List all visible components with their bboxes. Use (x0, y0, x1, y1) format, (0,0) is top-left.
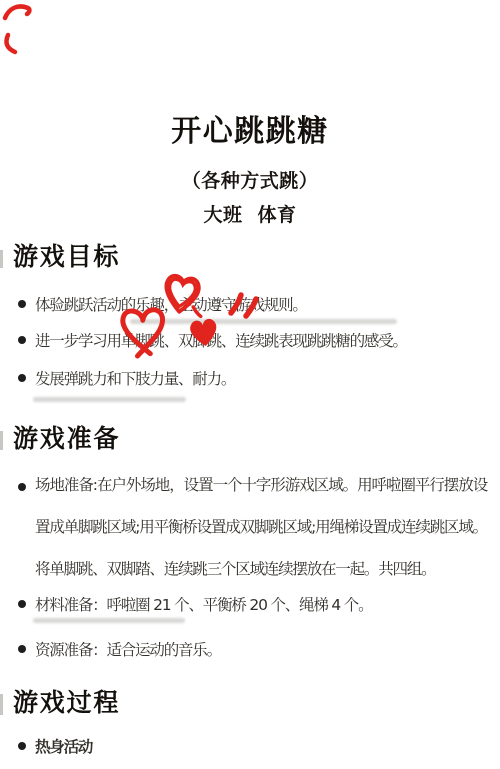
bullet-icon (18, 300, 26, 308)
page-title: 开心跳跳糖 (0, 114, 500, 150)
bullet-icon (18, 483, 26, 491)
left-edge-artifact (0, 250, 3, 268)
left-edge-artifact (0, 694, 3, 715)
paragraph-line: 置成单脚跳区域;用平衡桥设置成双脚跳区域;用绳梯设置成连续跳区域。 (35, 506, 487, 548)
open-heart-outline-icon (120, 305, 173, 360)
document-page: 开心跳跳糖 （各种方式跳） 大班 体育 游戏目标 体验跳跃活动的乐趣，主动遵守游… (0, 0, 500, 769)
list-item-text: 热身活动 (35, 735, 92, 757)
bullet-icon (18, 336, 26, 344)
bullet-icon (18, 600, 26, 608)
corner-scribble-top-icon (3, 3, 33, 23)
list-item: 热身活动 (18, 735, 92, 757)
site-preparation-paragraph: 场地准备:在户外场地，设置一个十字形游戏区域。用呼啦圈平行摆放设 置成单脚跳区域… (35, 464, 487, 590)
list-item: 资源准备：适合运动的音乐。 (18, 638, 221, 660)
bullet-icon (18, 374, 26, 382)
page-subtitle: （各种方式跳） (0, 168, 500, 194)
list-item: 发展弹跳力和下肢力量、耐力。 (18, 367, 235, 389)
bullet-icon (18, 645, 26, 653)
list-item: 材料准备：呼啦圈 21 个、平衡桥 20 个、绳梯 4 个。 (18, 593, 372, 615)
section-heading-goals: 游戏目标 (13, 243, 120, 271)
corner-scribble-lower-icon (3, 33, 21, 55)
section-heading-preparation: 游戏准备 (13, 425, 120, 453)
bullet-icon (18, 742, 26, 750)
list-item-text: 发展弹跳力和下肢力量、耐力。 (35, 367, 235, 389)
paragraph-line: 场地准备:在户外场地，设置一个十字形游戏区域。用呼啦圈平行摆放设 (35, 464, 487, 506)
paragraph-line: 将单脚跳、双脚踏、连续跳三个区域连续摆放在一起。共四组。 (35, 548, 487, 590)
list-item-text: 资源准备：适合运动的音乐。 (35, 638, 221, 660)
faint-line-artifact (130, 319, 397, 324)
solid-heart-icon (184, 315, 225, 352)
page-grade-subject: 大班 体育 (0, 202, 500, 228)
quote-dash-icon (229, 293, 259, 320)
faint-line-artifact (33, 397, 186, 402)
list-item-text: 材料准备：呼啦圈 21 个、平衡桥 20 个、绳梯 4 个。 (35, 593, 372, 615)
faint-line-artifact (33, 618, 185, 623)
left-edge-artifact (0, 431, 3, 450)
section-heading-process: 游戏过程 (13, 689, 120, 717)
